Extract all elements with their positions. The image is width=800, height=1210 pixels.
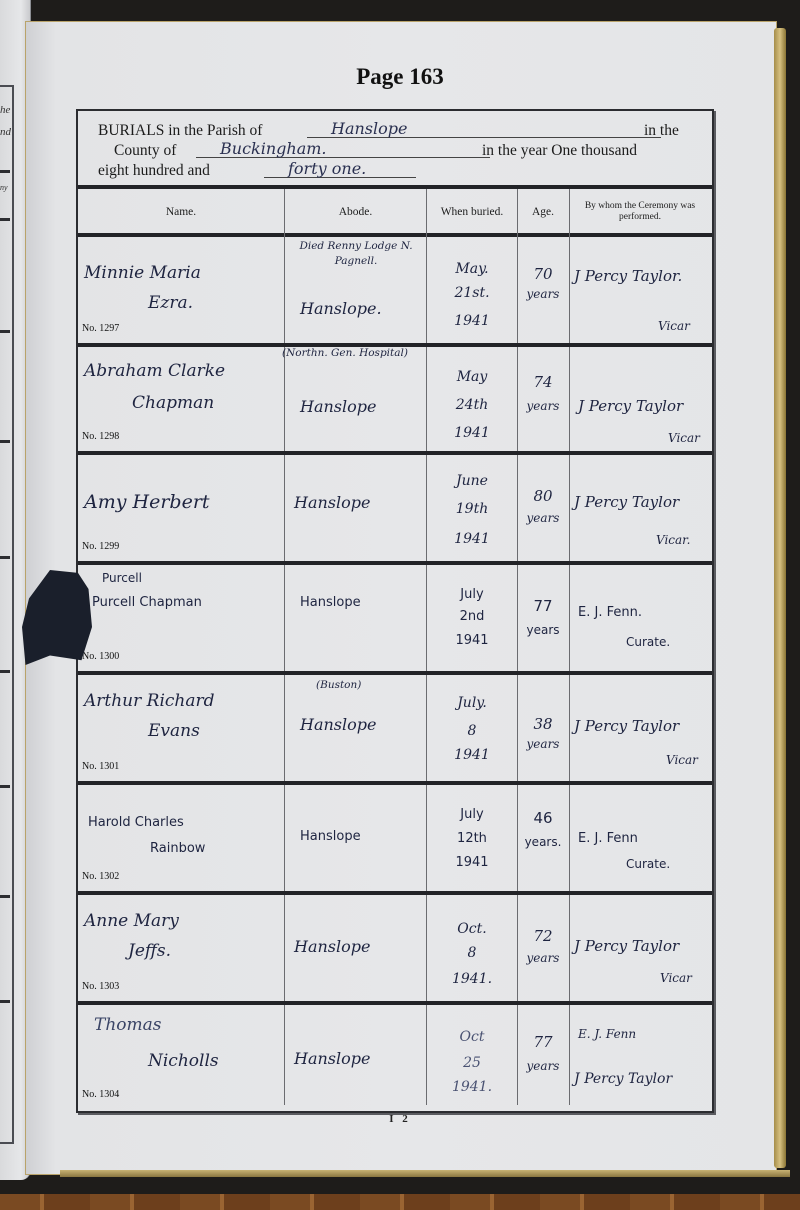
entry-age-unit: years [519,737,567,751]
entry-officiant-2: J Percy Taylor [574,1071,672,1087]
entry-name-line-1: Arthur Richard [84,691,215,711]
entry-age-unit: years [519,1059,567,1073]
entry-age: 77 [519,1033,567,1051]
entry-age: 70 [519,265,567,283]
entry-name-line-1: Abraham Clarke [84,361,225,381]
entry-burial-day: 2nd [430,609,514,624]
entry-officiant: E. J. Fenn [578,831,638,846]
entry-burial-month: July. [430,695,514,711]
entry-number: No. 1303 [82,981,119,992]
page-title: Page 163 [0,64,800,90]
entry-burial-year: 1941 [430,855,514,870]
burial-entry-1298: Abraham Clarke Chapman No. 1298 (Northn.… [78,347,712,451]
signature-mark: I 2 [0,1113,800,1125]
page-bottom-edge [60,1170,790,1177]
entry-name-line-2: Ezra. [148,293,193,313]
entry-abode: Hanslope. [300,299,382,318]
entry-name-line-1: Harold Charles [88,815,184,830]
entry-officiant: J Percy Taylor [574,937,679,955]
entry-burial-day: 8 [430,945,514,961]
entry-burial-year: 1941 [430,531,514,547]
entry-burial-month: July [430,587,514,602]
entry-name-line-1: Purcell [102,571,142,585]
entry-age-unit: years [519,951,567,965]
entry-officiant-role: Vicar [660,971,692,985]
entry-officiant-role: Curate. [626,857,670,871]
entry-name-line-2: Chapman [132,393,214,413]
burial-entry-1300: Purcell Purcell Chapman No. 1300 Hanslop… [78,565,712,671]
entry-name-line-2: Purcell Chapman [92,595,202,610]
burial-entry-1304: Thomas Nicholls No. 1304 Hanslope Oct 25… [78,1005,712,1105]
heading-line-1-suffix: in the [644,119,679,143]
burial-entry-1303: Anne Mary Jeffs. No. 1303 Hanslope Oct. … [78,895,712,1001]
heading-line-3-prefix: eight hundred and [98,159,210,183]
entry-burial-month: May. [430,261,514,277]
entry-burial-day: 19th [430,501,514,517]
entry-officiant-role: Vicar. [656,533,690,547]
year-field: forty one. [264,157,416,178]
burial-entry-1297: Minnie Maria Ezra. No. 1297 Died Renny L… [78,237,712,343]
parish-field: Hanslope [307,117,661,138]
entry-abode: Hanslope [294,937,370,956]
column-header-name: Name. [78,191,284,233]
entry-burial-year: 1941 [430,747,514,763]
entry-burial-day: 25 [430,1055,514,1071]
entry-abode: Hanslope [294,493,370,512]
entry-age-unit: years [519,399,567,413]
entry-age: 80 [519,487,567,505]
entry-age-unit: years. [519,835,567,849]
previous-page-frame [0,85,14,1144]
heading-line-2-suffix: in the year One thousand [482,139,637,163]
entry-burial-year: 1941 [430,313,514,329]
entry-burial-year: 1941 [430,633,514,648]
entry-abode-note: (Northn. Gen. Hospital) [282,347,408,359]
entry-burial-month: Oct [430,1029,514,1045]
entry-officiant: J Percy Taylor. [574,267,682,285]
entry-burial-day: 21st. [430,285,514,301]
entry-age: 77 [519,597,567,615]
previous-page-text: he [0,104,10,116]
entry-officiant-role: Vicar [658,319,690,333]
entry-abode-note: (Buston) [316,679,361,691]
entry-name-line-2: Rainbow [150,841,205,856]
burial-entry-1299: Amy Herbert No. 1299 Hanslope June 19th … [78,455,712,561]
entry-burial-day: 24th [430,397,514,413]
entry-name-line-1: Amy Herbert [84,491,210,513]
heading-rule [78,185,712,189]
register-heading: BURIALS in the Parish of Hanslope in the… [78,111,712,186]
entry-age-unit: years [519,287,567,301]
wooden-table-surface [0,1194,800,1210]
entry-age: 74 [519,373,567,391]
entry-name-line-2: Evans [148,721,200,741]
entry-number: No. 1297 [82,323,119,334]
entry-age: 46 [519,809,567,827]
entry-number: No. 1302 [82,871,119,882]
entry-officiant-role: Curate. [626,635,670,649]
entry-name-line-2: Jeffs. [128,941,171,961]
entry-abode: Hanslope [300,595,361,610]
column-header-age: Age. [518,191,568,233]
entry-age-unit: years [519,623,567,637]
entry-age: 38 [519,715,567,733]
burial-entry-1301: Arthur Richard Evans No. 1301 (Buston) H… [78,675,712,781]
entry-number: No. 1298 [82,431,119,442]
entry-burial-year: 1941. [430,971,514,987]
entry-abode: Hanslope [300,397,376,416]
entry-burial-day: 8 [430,723,514,739]
entry-number: No. 1301 [82,761,119,772]
column-header-when-buried: When buried. [427,191,517,233]
burial-entry-1302: Harold Charles Rainbow No. 1302 Hanslope… [78,785,712,891]
entry-officiant: J Percy Taylor [574,493,679,511]
entry-burial-month: July [430,807,514,822]
burial-register-table: BURIALS in the Parish of Hanslope in the… [76,109,714,1113]
entry-number: No. 1300 [82,651,119,662]
entry-name-line-1: Thomas [94,1015,162,1035]
previous-page-text: ny [0,183,8,192]
entry-officiant-role: Vicar [668,431,700,445]
entry-abode: Hanslope [294,1049,370,1068]
entry-officiant-role: Vicar [666,753,698,767]
entry-burial-month: Oct. [430,921,514,937]
column-header-officiant: By whom the Ceremony was performed. [570,191,710,233]
entry-abode: Hanslope [300,829,361,844]
entry-abode-note: Died Renny Lodge N. Pagnell. [290,239,422,269]
entry-number: No. 1304 [82,1089,119,1100]
column-header-abode: Abode. [285,191,426,233]
entry-officiant: E. J. Fenn [578,1027,636,1041]
entry-burial-month: June [430,473,514,489]
entry-name-line-2: Nicholls [148,1051,219,1071]
previous-page-text: nd [0,126,11,138]
entry-age-unit: years [519,511,567,525]
entry-burial-year: 1941 [430,425,514,441]
county-field: Buckingham. [196,137,490,158]
entry-burial-month: May [430,369,514,385]
entry-number: No. 1299 [82,541,119,552]
entry-officiant: E. J. Fenn. [578,605,642,620]
gilt-page-edge [774,28,786,1168]
entry-abode: Hanslope [300,715,376,734]
entry-burial-day: 12th [430,831,514,846]
entry-burial-year: 1941. [430,1079,514,1095]
entry-name-line-1: Minnie Maria [84,263,201,283]
entry-officiant: J Percy Taylor [574,717,679,735]
entry-name-line-1: Anne Mary [84,911,179,931]
entry-age: 72 [519,927,567,945]
entry-officiant: J Percy Taylor [578,397,683,415]
